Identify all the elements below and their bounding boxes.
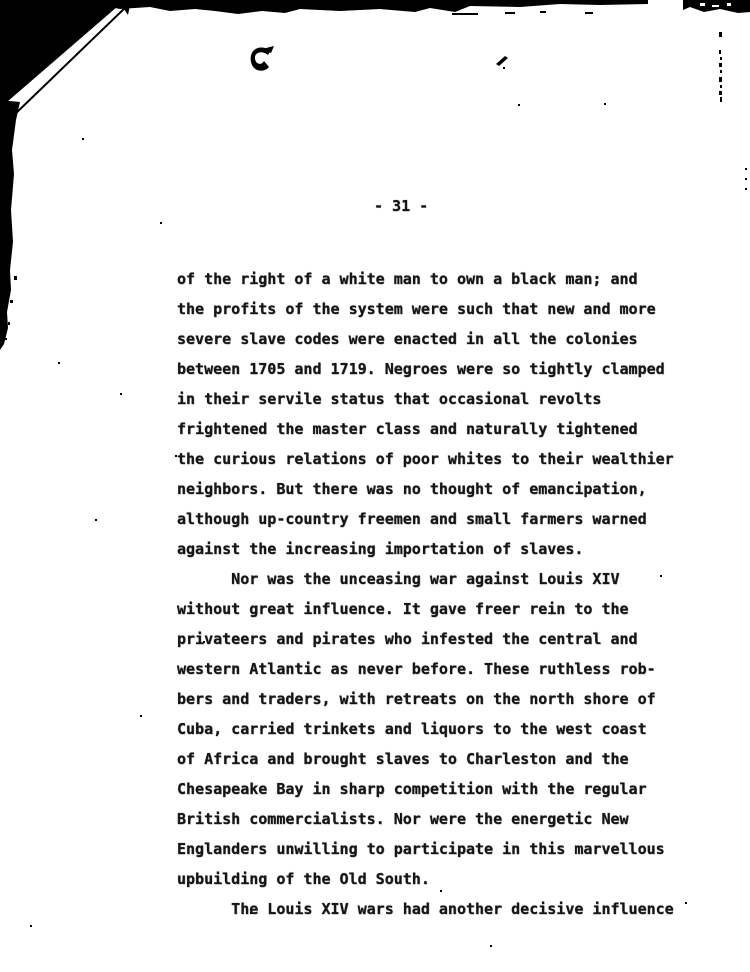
text-line: frightened the master class and naturall… bbox=[177, 414, 687, 444]
text-line: the profits of the system were such that… bbox=[177, 294, 687, 324]
text-line: Nor was the unceasing war against Louis … bbox=[177, 564, 687, 594]
text-line: of the right of a white man to own a bla… bbox=[177, 264, 687, 294]
text-line: Englanders unwilling to participate in t… bbox=[177, 834, 687, 864]
text-line: severe slave codes were enacted in all t… bbox=[177, 324, 687, 354]
text-line: Cuba, carried trinkets and liquors to th… bbox=[177, 714, 687, 744]
scanned-document-page: - 31 - of the right of a white man to ow… bbox=[0, 0, 750, 972]
text-line: The Louis XIV wars had another decisive … bbox=[177, 894, 687, 924]
left-edge-strip bbox=[0, 100, 20, 350]
page-number: - 31 - bbox=[374, 197, 428, 215]
text-line: although up-country freemen and small fa… bbox=[177, 504, 687, 534]
text-line: Chesapeake Bay in sharp competition with… bbox=[177, 774, 687, 804]
text-line: upbuilding of the Old South. bbox=[177, 864, 687, 894]
c-ink-mark-icon bbox=[251, 46, 274, 71]
text-line: bers and traders, with retreats on the n… bbox=[177, 684, 687, 714]
text-line: privateers and pirates who infested the … bbox=[177, 624, 687, 654]
tick-ink-mark-icon bbox=[496, 56, 508, 69]
text-line: against the increasing importation of sl… bbox=[177, 534, 687, 564]
right-edge-dashes bbox=[719, 32, 747, 190]
text-line: neighbors. But there was no thought of e… bbox=[177, 474, 687, 504]
top-edge-artifact bbox=[88, 0, 750, 15]
corner-fold-artifact bbox=[0, 0, 131, 350]
text-line: without great influence. It gave freer r… bbox=[177, 594, 687, 624]
text-line: of Africa and brought slaves to Charlest… bbox=[177, 744, 687, 774]
text-line: in their servile status that occasional … bbox=[177, 384, 687, 414]
text-line: the curious relations of poor whites to … bbox=[177, 444, 687, 474]
text-line: western Atlantic as never before. These … bbox=[177, 654, 687, 684]
text-line: between 1705 and 1719. Negroes were so t… bbox=[177, 354, 687, 384]
text-line: British commercialists. Nor were the ene… bbox=[177, 804, 687, 834]
text-block: of the right of a white man to own a bla… bbox=[177, 264, 687, 924]
